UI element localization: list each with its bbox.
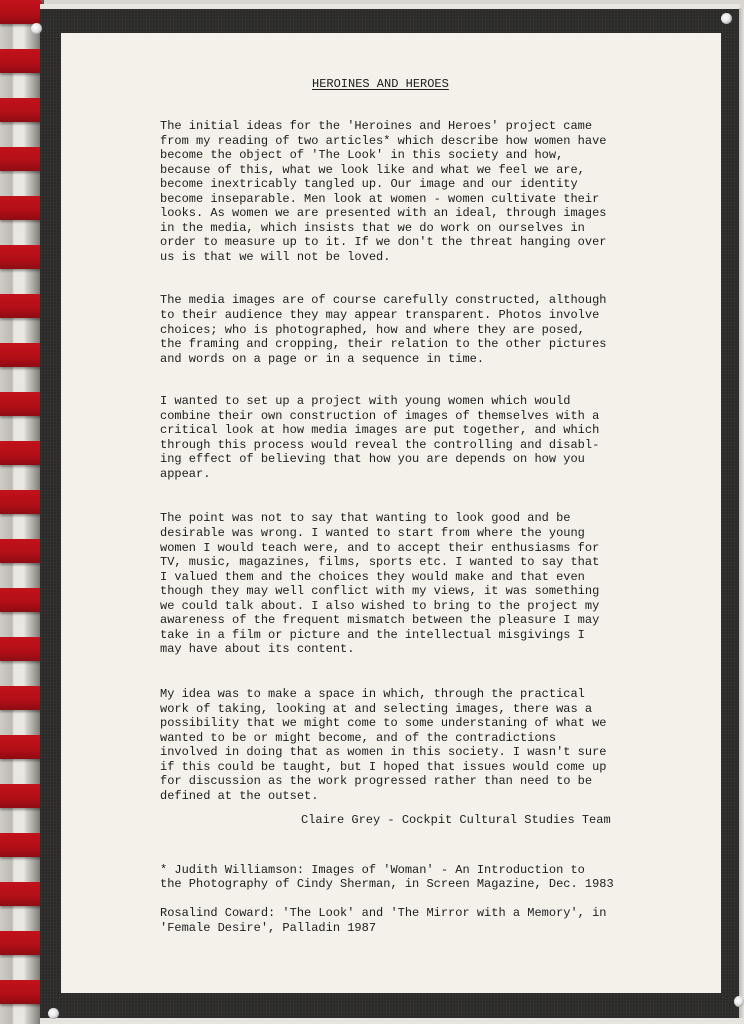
spiral-binding <box>0 0 44 1024</box>
binding-ring-icon <box>0 392 42 416</box>
binding-ring-icon <box>0 49 42 73</box>
document-page: HEROINES AND HEROES The initial ideas fo… <box>61 33 721 993</box>
document-body: The initial ideas for the 'Heroines and … <box>160 119 720 949</box>
page-title: HEROINES AND HEROES <box>312 77 449 91</box>
binding-ring-icon <box>0 294 42 318</box>
binding-ring-icon <box>0 539 42 563</box>
paragraph-the-point: The point was not to say that wanting to… <box>160 511 720 656</box>
binding-ring-icon <box>0 441 42 465</box>
punch-hole-bottom-left-icon <box>48 1008 59 1019</box>
binding-ring-icon <box>0 0 42 24</box>
binding-ring-icon <box>0 245 42 269</box>
author-signature: Claire Grey - Cockpit Cultural Studies T… <box>160 813 720 828</box>
footnote-williamson: * Judith Williamson: Images of 'Woman' -… <box>160 863 720 892</box>
frame-right-edge <box>739 8 744 1020</box>
paragraph-media-images: The media images are of course carefully… <box>160 293 720 366</box>
binding-ring-icon <box>0 637 42 661</box>
binding-ring-icon <box>0 147 42 171</box>
binding-ring-icon <box>0 833 42 857</box>
binding-ring-icon <box>0 98 42 122</box>
binding-ring-icon <box>0 490 42 514</box>
paragraph-initial-ideas: The initial ideas for the 'Heroines and … <box>160 119 720 264</box>
binding-ring-icon <box>0 735 42 759</box>
punch-hole-bottom-right-icon <box>734 996 744 1007</box>
punch-hole-top-right-icon <box>721 13 732 24</box>
binding-ring-icon <box>0 343 42 367</box>
punch-hole-top-left-icon <box>31 23 42 34</box>
frame-bottom-edge <box>40 1018 744 1024</box>
binding-ring-icon <box>0 588 42 612</box>
binding-ring-icon <box>0 882 42 906</box>
binding-ring-icon <box>0 784 42 808</box>
binding-ring-icon <box>0 196 42 220</box>
paragraph-project-setup: I wanted to set up a project with young … <box>160 394 720 481</box>
binding-ring-icon <box>0 931 42 955</box>
paragraph-my-idea: My idea was to make a space in which, th… <box>160 687 720 803</box>
binding-ring-icon <box>0 686 42 710</box>
binding-ring-icon <box>0 980 42 1004</box>
footnote-coward: Rosalind Coward: 'The Look' and 'The Mir… <box>160 906 720 935</box>
